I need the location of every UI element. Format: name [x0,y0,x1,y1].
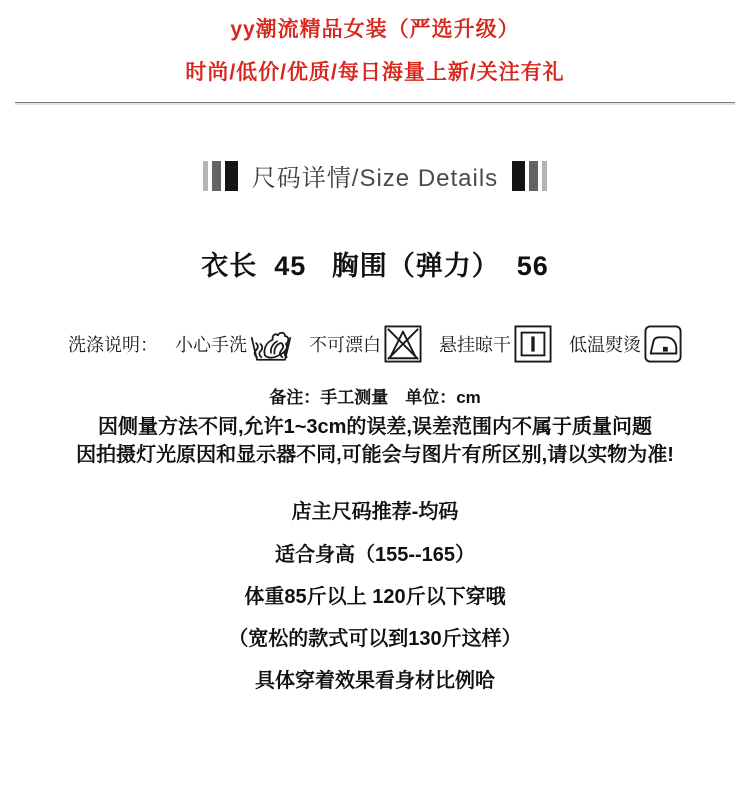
note-display-difference: 因拍摄灯光原因和显示器不同,可能会与图片有所区别,请以实物为准! [0,438,750,467]
note-remark: 备注：手工测量 单位：cm [0,383,750,408]
shop-promo-title: yy潮流精品女装（严选升级） [0,13,750,43]
fit-effect-note: 具体穿着效果看身材比例哈 [0,664,750,693]
bar-mid [529,161,538,191]
washing-instructions-row: 洗涤说明： 小心手洗 不可漂白 [0,324,750,364]
wash-item-text: 悬挂晾干 [439,331,511,357]
left-decoration-bars [203,160,238,192]
wash-item-text: 不可漂白 [309,331,381,357]
measurements-line: 衣长 45 胸围（弹力） 56 [0,244,750,283]
wash-item-hand-wash: 小心手洗 [175,324,292,364]
note-tolerance: 因侧量方法不同,允许1~3cm的误差,误差范围内不属于质量问题 [0,410,750,439]
weight-range: 体重85斤以上 120斤以下穿哦 [0,580,750,609]
horizontal-divider [15,102,735,105]
no-bleach-icon [384,325,422,363]
section-title-zh: 尺码详情 [252,165,352,192]
shop-promo-subtitle: 时尚/低价/优质/每日海量上新/关注有礼 [0,56,750,86]
wash-item-no-bleach: 不可漂白 [309,325,422,363]
wash-item-text: 低温熨烫 [569,331,641,357]
wash-item-text: 小心手洗 [175,331,247,357]
section-title: 尺码详情/Size Details [252,158,498,193]
bar-light [203,161,208,191]
low-temp-iron-icon [644,325,682,363]
size-detail-page: yy潮流精品女装（严选升级） 时尚/低价/优质/每日海量上新/关注有礼 尺码详情… [0,0,750,794]
size-recommendation: 店主尺码推荐-均码 [0,495,750,524]
bar-dark [225,161,238,191]
wash-item-low-iron: 低温熨烫 [569,325,682,363]
bar-light [542,161,547,191]
hand-wash-icon [250,324,292,364]
section-title-en: /Size Details [352,165,498,192]
washing-label: 洗涤说明： [68,331,158,357]
loose-style-note: （宽松的款式可以到130斤这样） [0,622,750,651]
wash-item-hang-dry: 悬挂晾干 [439,325,552,363]
bar-dark [512,161,525,191]
hang-dry-icon [514,325,552,363]
right-decoration-bars [512,160,547,192]
section-header: 尺码详情/Size Details [0,158,750,193]
height-range: 适合身高（155--165） [0,538,750,567]
bar-mid [212,161,221,191]
